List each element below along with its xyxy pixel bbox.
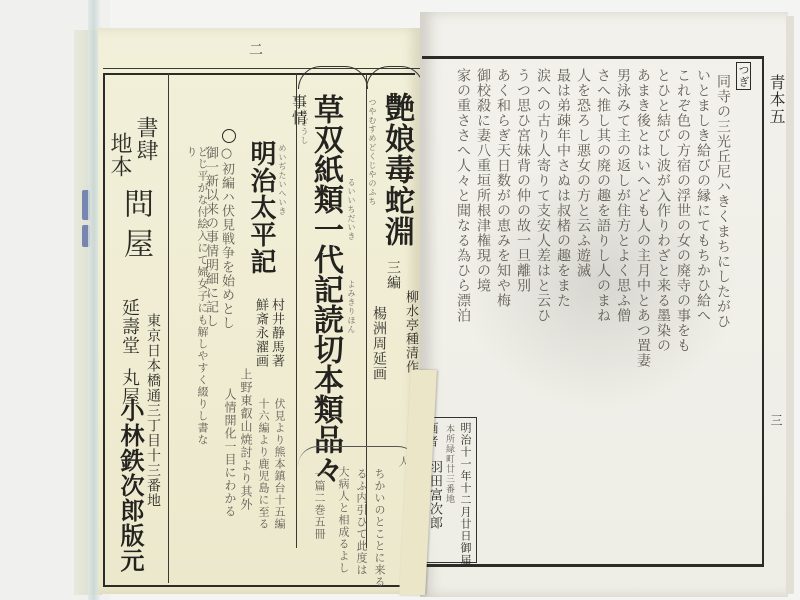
text-column: これぞ色の方宿の浮世の女の廃寺の事をも <box>676 68 690 548</box>
artist-credit: 楊洲周延画 <box>372 306 386 381</box>
ruby-reading: るいいちだいき <box>347 178 355 241</box>
description-line: ○初編ハ伏見戦争を始めとし <box>220 146 233 330</box>
text-column: 涙への古り人寄りて支安人差はと云ひ <box>536 68 550 548</box>
author-credit: 村井静馬著 <box>270 298 283 368</box>
page-edges <box>786 16 794 594</box>
publisher-name: 小林鉄次郎版元 <box>118 398 142 573</box>
publisher-label: 書肆 <box>134 116 156 162</box>
text-column: 同寺の三光丘尼ハきくまちにしたがひ <box>716 74 730 554</box>
column-rule <box>296 73 297 548</box>
text-column: あまき後とはいへども人の主月中とあつ置妻 <box>636 68 650 548</box>
notice-line: 大病人と相成るよし <box>338 466 349 574</box>
notice-line: ちかいのとことに来る <box>374 468 385 588</box>
text-column: とひと結びし波が入作りわざと来る墨染の <box>656 68 670 548</box>
continuation-tab: つぎ <box>736 62 751 90</box>
author-credit: 柳水亭種清作 <box>404 290 417 374</box>
ruby-reading: よみきりほん <box>347 280 355 334</box>
publisher-type: 問屋 <box>120 188 150 268</box>
advert-title-kusazoshi: 草双紙類一代記読切本類品々 <box>310 94 340 484</box>
text-column: 家の重ささへ人々と聞なる為ひら漂泊 <box>456 68 470 408</box>
top-rule <box>103 68 420 69</box>
text-column: いとましき給びの縁にてもちかひ給へ <box>696 68 710 548</box>
description-line: 十六編より鹿児島に至る <box>258 398 269 530</box>
page-number: 二 <box>248 42 262 57</box>
left-page: 二 艶娘毒蛇淵 つやむすめどくじやのふち 三編 柳水亭種清作 楊洲周延画 草双紙… <box>98 28 420 594</box>
notice-line: 一篇二巻五冊 <box>314 468 325 540</box>
text-column: 最は弟疎年中さぬは叔楮の趣をまた <box>556 68 570 548</box>
description-line: どじ平がな付絵入にて婦女子にも解しやすく綴りし書なり <box>186 146 208 446</box>
margin-title: 青本五 <box>768 74 784 125</box>
ruby-reading: めいぢたいへいき <box>278 144 286 216</box>
text-column: 男泳みて主の返しが住方とよく思ふ僧 <box>616 68 630 548</box>
volume-label: 三編 <box>386 260 400 290</box>
description-line: 人情開化一目にわかる <box>224 388 236 518</box>
artist-credit: 鮮斎永濯画 <box>254 298 267 368</box>
text-column: うつ思ひ宮妹背の仲の故一旦離別 <box>516 68 530 548</box>
publisher-label: 地本 <box>108 132 130 178</box>
text-column: あく和らぎ天日数がの恵みを知や梅 <box>496 68 510 548</box>
text-column: 御校殺に妻八重垣所根津権現の境 <box>476 68 490 408</box>
title-headpiece <box>298 66 368 89</box>
publisher-shop: 延壽堂 <box>120 298 138 355</box>
ruby-reading: つやむすめどくじやのふち <box>368 98 376 206</box>
colophon-date: 明治十一年十二月廿日御届 <box>460 422 471 566</box>
right-page: つぎ 青本五 三 明治十一年十二月廿日御届 本所緑町廿三番地 画者 羽田富次郎 … <box>420 12 788 597</box>
column-rule <box>168 73 169 583</box>
margin-page-number: 三 <box>770 414 782 427</box>
category-label: 事情 <box>270 94 306 126</box>
advert-title-tsuya-musume: 艶娘毒蛇淵 <box>381 92 411 247</box>
advert-title-meiji-taiheiki: 明治太平記 <box>248 140 274 275</box>
colophon-address: 本所緑町廿三番地 <box>444 424 453 504</box>
notice-line: るふ内引ひて此度は <box>356 468 367 576</box>
circle-bullet-icon <box>222 128 236 147</box>
text-column: 人を恐ろし悪女の方と云ふ遊滅 <box>576 68 590 548</box>
description-line: 上野東叡山焼討より其外 <box>240 368 252 511</box>
title-headpiece <box>366 66 424 89</box>
description-line: 伏見より熊本鎮台十五編 <box>274 398 285 530</box>
text-column: さへ推し其の廃の趣を語りし人のまね <box>596 68 610 548</box>
publisher-address: 東京日本橋通三丁目十三番地 <box>146 313 160 508</box>
